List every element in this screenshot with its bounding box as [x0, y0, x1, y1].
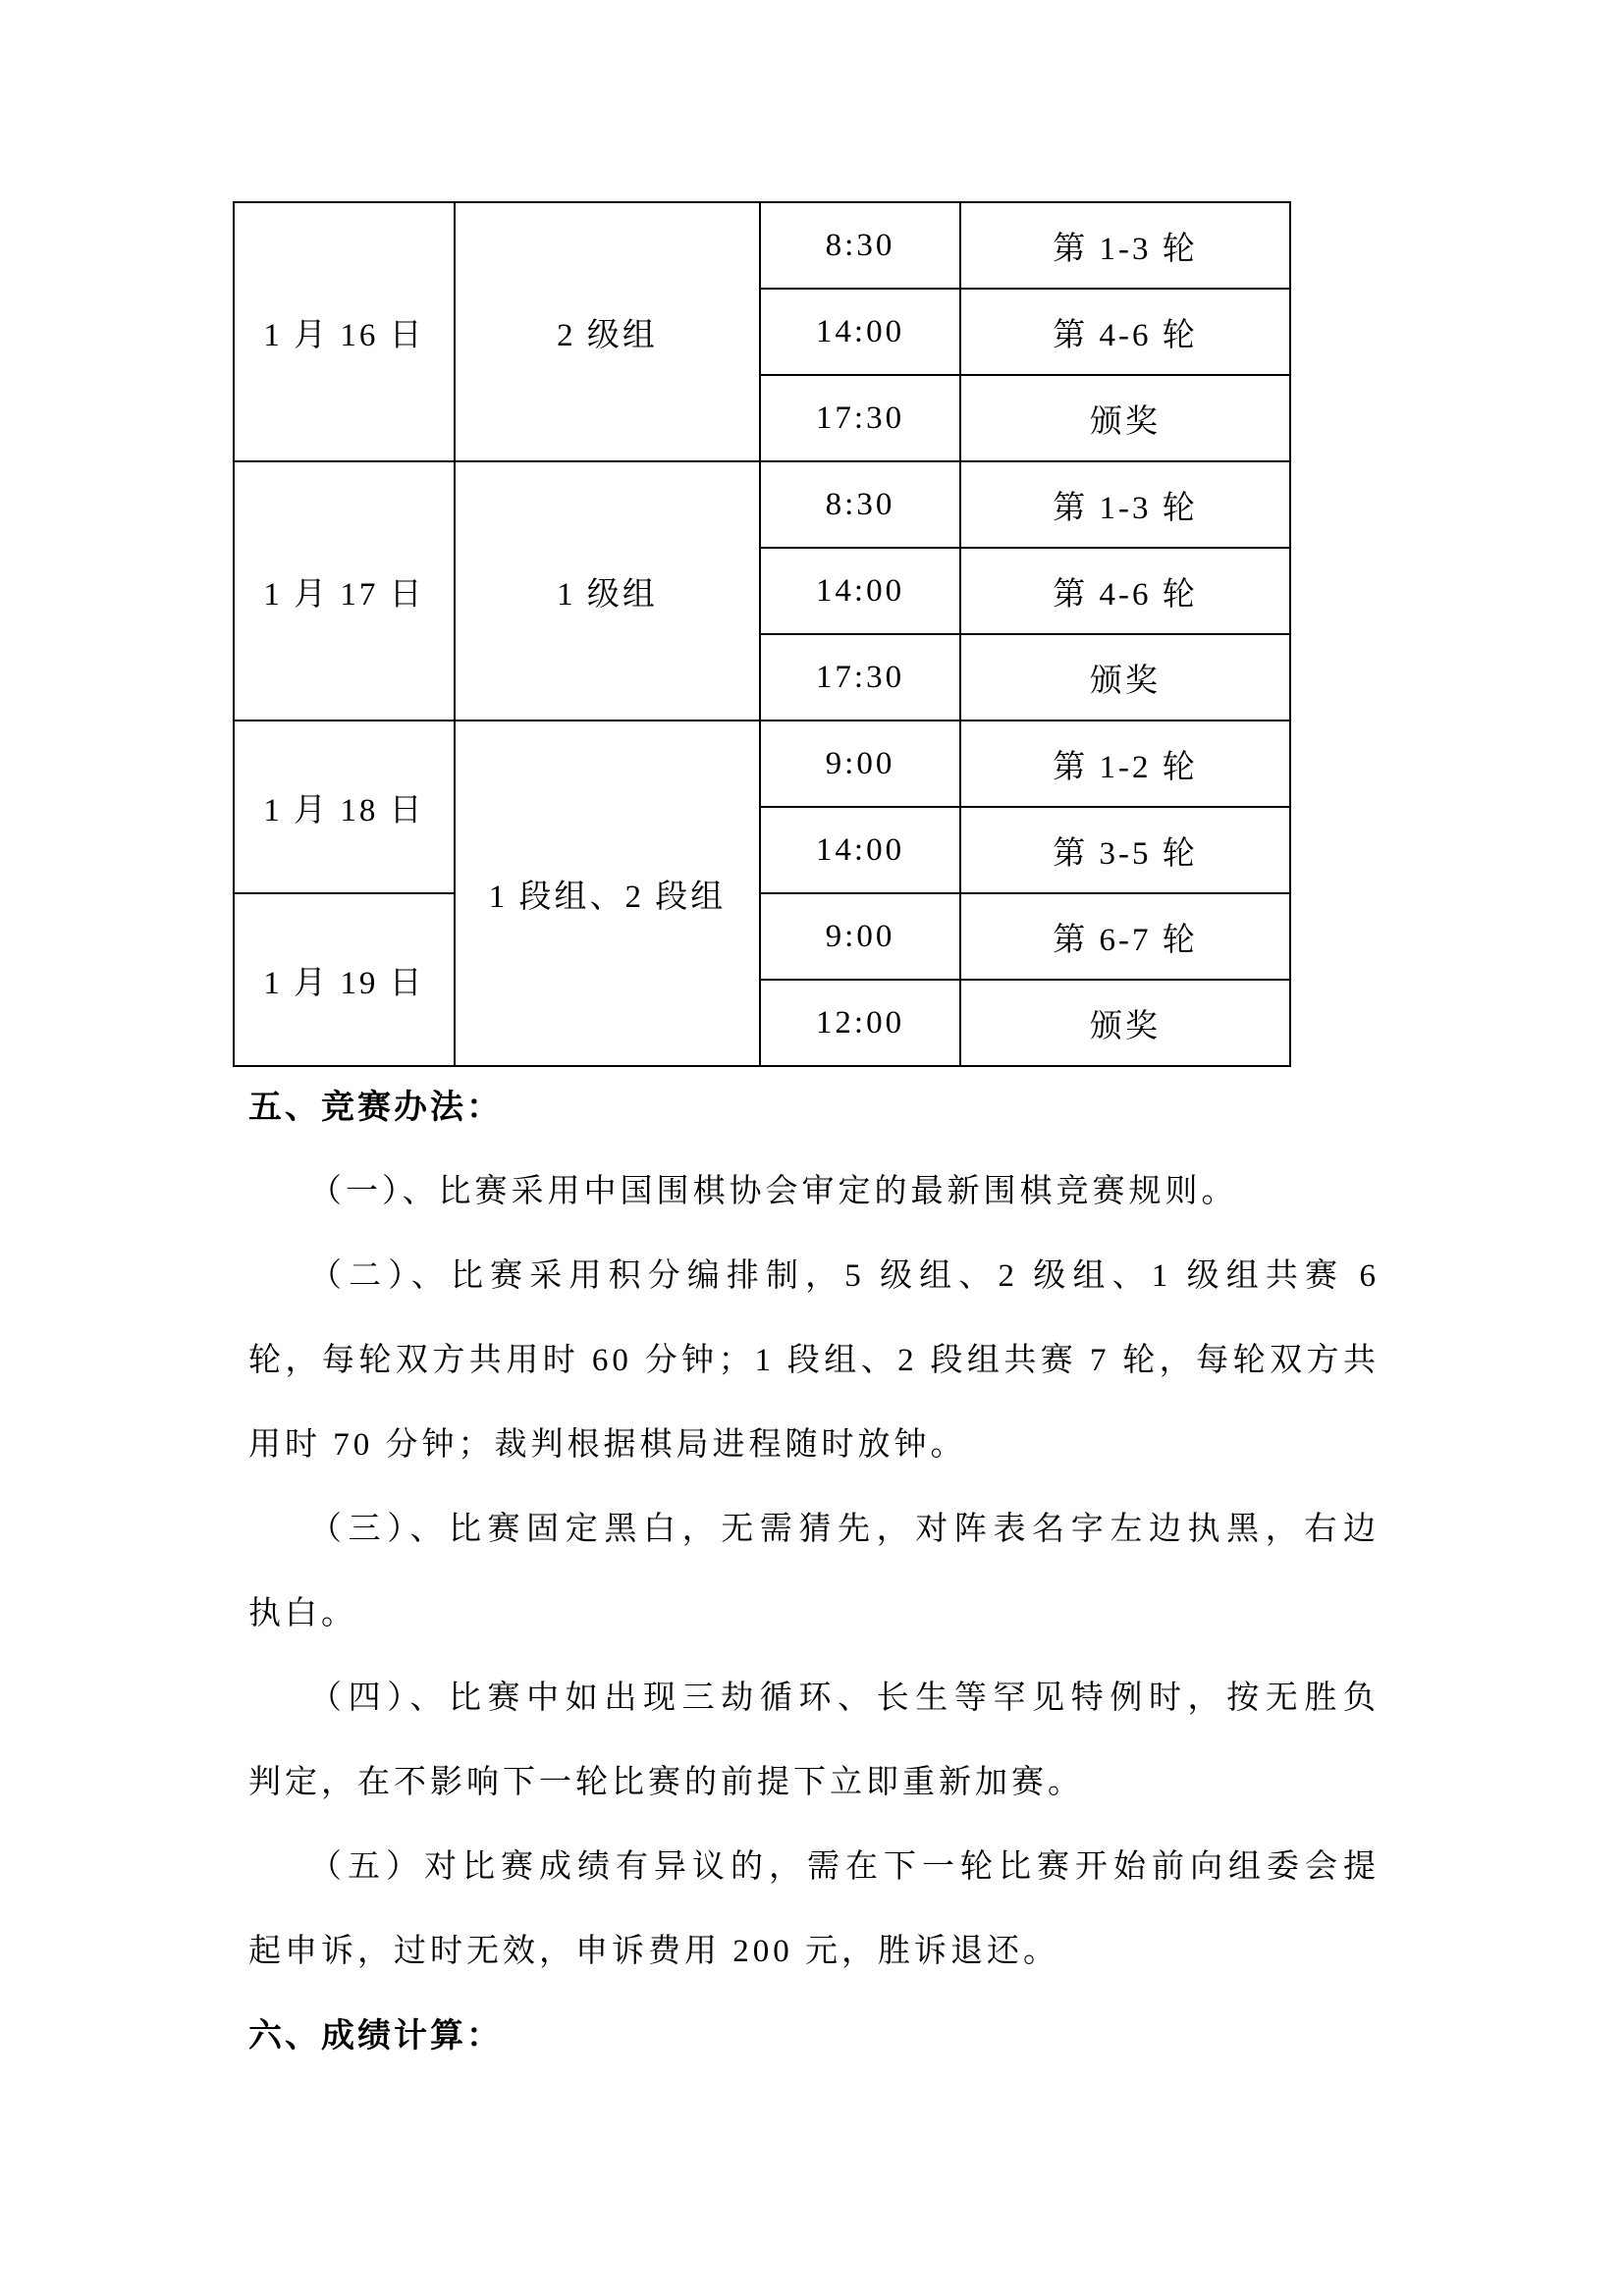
time-cell: 12:00	[760, 980, 960, 1066]
round-cell: 第 4-6 轮	[960, 289, 1290, 375]
paragraph-line: 起申诉，过时无效，申诉费用 200 元，胜诉退还。	[248, 1909, 1380, 1994]
time-cell: 14:00	[760, 807, 960, 893]
document-page: 1 月 16 日 2 级组 8:30 第 1-3 轮 14:00 第 4-6 轮…	[0, 0, 1624, 2296]
paragraph-line: （五）对比赛成绩有异议的，需在下一轮比赛开始前向组委会提	[248, 1825, 1380, 1909]
group-cell: 1 级组	[455, 461, 760, 721]
round-cell: 第 1-2 轮	[960, 721, 1290, 807]
date-cell: 1 月 19 日	[234, 893, 455, 1066]
time-cell: 14:00	[760, 548, 960, 634]
time-cell: 17:30	[760, 634, 960, 721]
paragraph-line: 轮，每轮双方共用时 60 分钟；1 段组、2 段组共赛 7 轮，每轮双方共	[248, 1318, 1380, 1403]
time-cell: 9:00	[760, 893, 960, 980]
round-cell: 第 3-5 轮	[960, 807, 1290, 893]
date-cell: 1 月 16 日	[234, 202, 455, 461]
paragraph-line: 执白。	[248, 1572, 1380, 1656]
time-cell: 9:00	[760, 721, 960, 807]
table-row: 1 月 17 日 1 级组 8:30 第 1-3 轮	[234, 461, 1290, 548]
round-cell: 颁奖	[960, 980, 1290, 1066]
group-cell: 2 级组	[455, 202, 760, 461]
table-row: 1 月 19 日 9:00 第 6-7 轮	[234, 893, 1290, 980]
time-cell: 14:00	[760, 289, 960, 375]
date-cell: 1 月 17 日	[234, 461, 455, 721]
round-cell: 第 1-3 轮	[960, 202, 1290, 289]
section-5-heading: 五、竞赛办法：	[248, 1065, 1380, 1149]
round-cell: 第 6-7 轮	[960, 893, 1290, 980]
date-cell: 1 月 18 日	[234, 721, 455, 893]
paragraph-line: （四）、比赛中如出现三劫循环、长生等罕见特例时，按无胜负	[248, 1656, 1380, 1740]
time-cell: 8:30	[760, 461, 960, 548]
round-cell: 颁奖	[960, 375, 1290, 461]
round-cell: 第 4-6 轮	[960, 548, 1290, 634]
table-row: 1 月 16 日 2 级组 8:30 第 1-3 轮	[234, 202, 1290, 289]
time-cell: 8:30	[760, 202, 960, 289]
round-cell: 颁奖	[960, 634, 1290, 721]
document-text: 五、竞赛办法： （一）、比赛采用中国围棋协会审定的最新围棋竞赛规则。 （二）、比…	[248, 1065, 1380, 2078]
paragraph-line: 判定，在不影响下一轮比赛的前提下立即重新加赛。	[248, 1740, 1380, 1825]
paragraph-line: （二）、比赛采用积分编排制，5 级组、2 级组、1 级组共赛 6	[248, 1234, 1380, 1318]
time-cell: 17:30	[760, 375, 960, 461]
schedule-table: 1 月 16 日 2 级组 8:30 第 1-3 轮 14:00 第 4-6 轮…	[233, 201, 1291, 1067]
paragraph-line: （一）、比赛采用中国围棋协会审定的最新围棋竞赛规则。	[248, 1149, 1380, 1234]
paragraph-line: 用时 70 分钟；裁判根据棋局进程随时放钟。	[248, 1403, 1380, 1487]
table-row: 1 月 18 日 1 段组、2 段组 9:00 第 1-2 轮	[234, 721, 1290, 807]
paragraph-line: （三）、比赛固定黑白，无需猜先，对阵表名字左边执黑，右边	[248, 1487, 1380, 1572]
round-cell: 第 1-3 轮	[960, 461, 1290, 548]
group-cell: 1 段组、2 段组	[455, 721, 760, 1066]
section-6-heading: 六、成绩计算：	[248, 1994, 1380, 2078]
